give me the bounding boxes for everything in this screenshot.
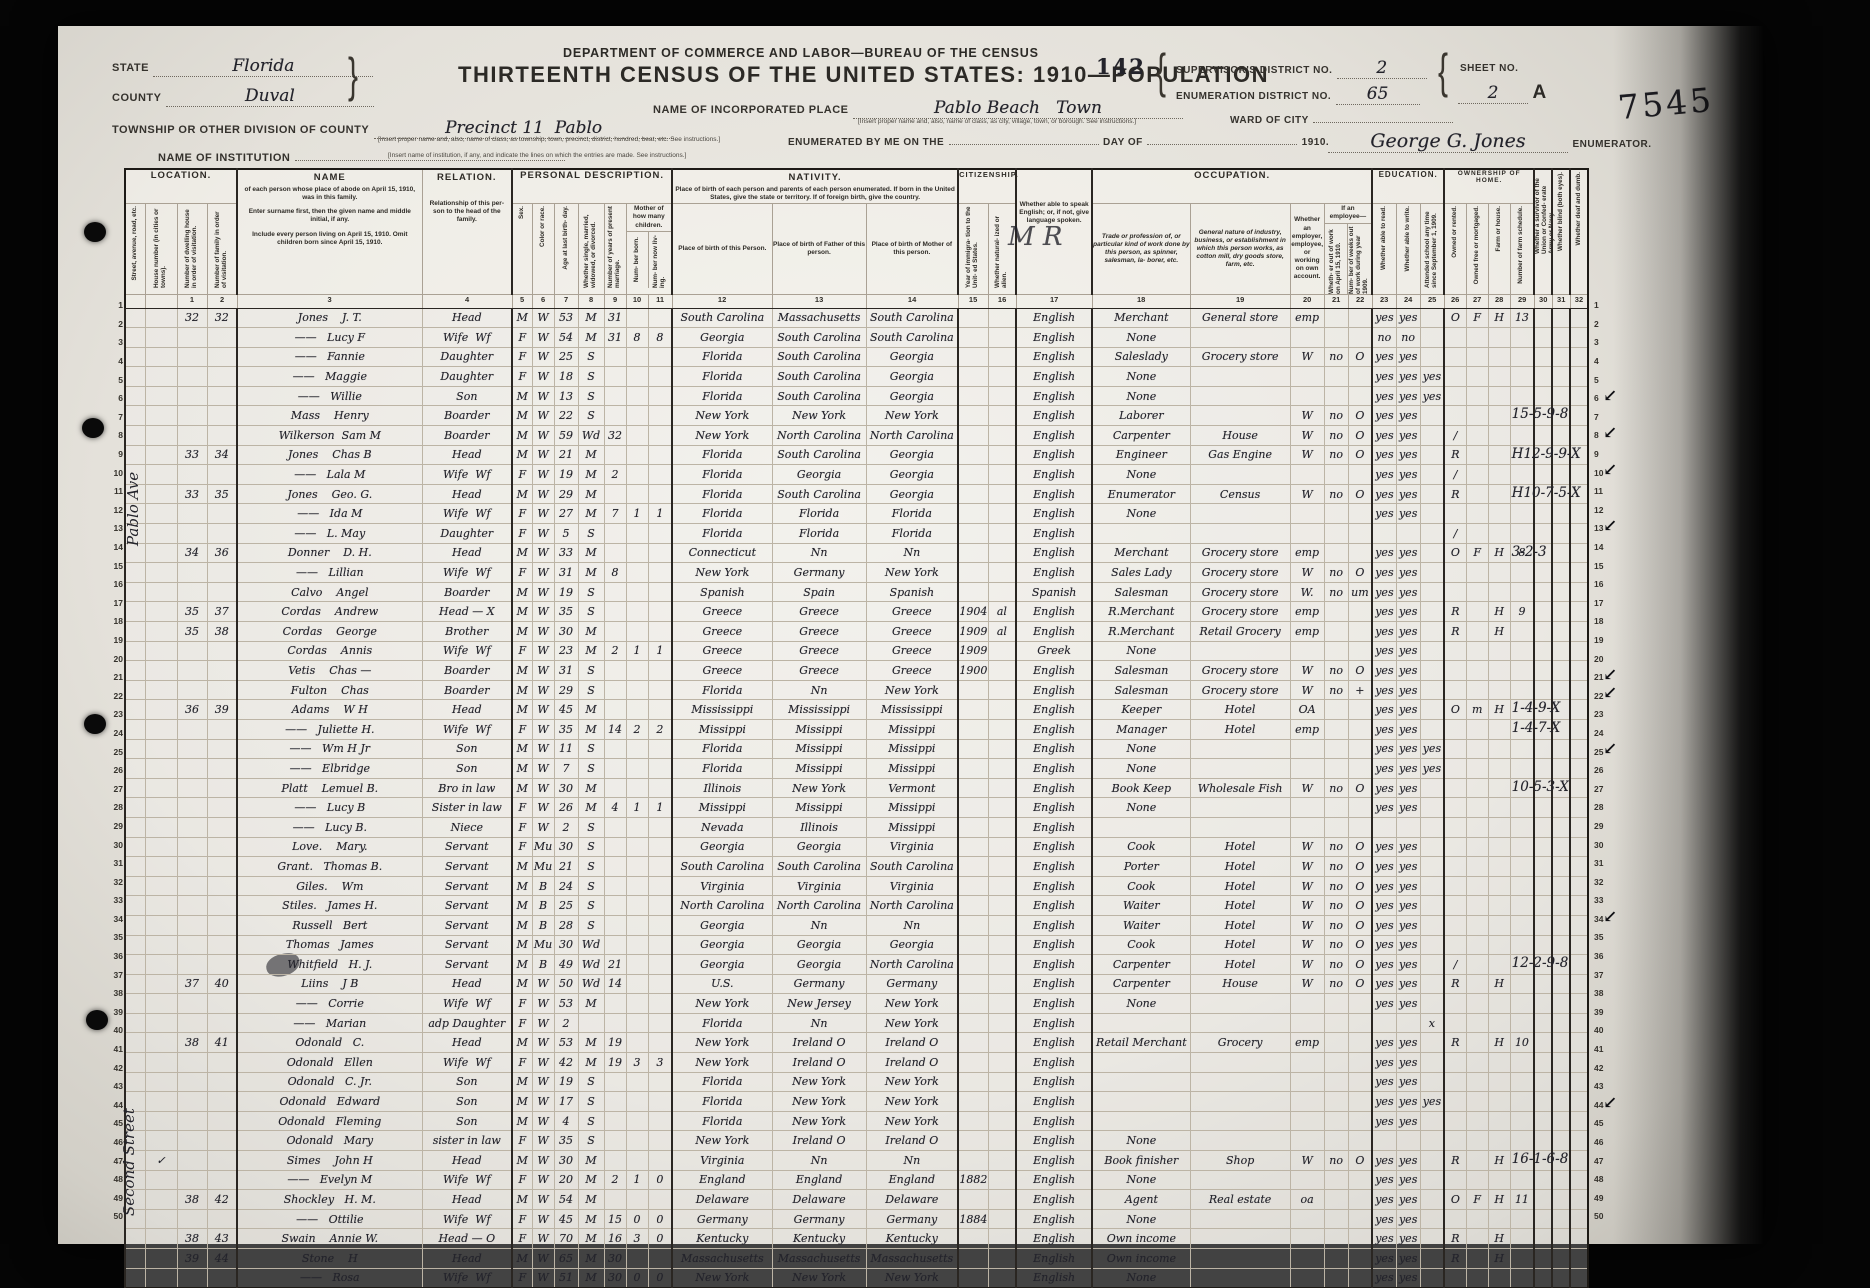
cell-naturalized xyxy=(988,1111,1016,1131)
margin-check-arrow: ↙ xyxy=(1603,386,1617,406)
cell-farm-house xyxy=(1488,484,1510,504)
cell-sex: F xyxy=(512,1209,532,1229)
cell-color: W xyxy=(532,445,554,465)
cell-veteran xyxy=(1534,504,1552,524)
column-number: 7 xyxy=(554,294,578,308)
cell-family-number xyxy=(207,1170,237,1190)
cell-dwelling-number xyxy=(177,347,207,367)
cell-reads xyxy=(1372,524,1396,544)
cell-relation: Daughter xyxy=(422,367,512,387)
table-row: —— MaggieDaughterFW18SFloridaSouth Carol… xyxy=(125,367,1588,387)
cell-free-mortgaged xyxy=(1466,1013,1488,1033)
cell-children-living xyxy=(648,1249,672,1269)
cell-employment-status xyxy=(1290,1268,1324,1288)
cell-blind xyxy=(1552,798,1570,818)
cell-out-of-work: no xyxy=(1324,563,1348,583)
cell-children-living xyxy=(648,935,672,955)
cell-family-number: 43 xyxy=(207,1229,237,1249)
cell-sex: M xyxy=(512,1190,532,1210)
cell-out-of-work: no xyxy=(1324,661,1348,681)
cell-birthplace-father: Illinois xyxy=(772,817,866,837)
cell-family-number: 39 xyxy=(207,700,237,720)
cell-immigration-year xyxy=(958,1053,988,1073)
sheet-value: 2 xyxy=(1488,83,1499,103)
cell-relation: Daughter xyxy=(422,524,512,544)
row-number-left: 21 xyxy=(107,668,123,687)
cell-immigration-year xyxy=(958,367,988,387)
cell-name: —— Ida M xyxy=(237,504,422,524)
cell-weeks-out xyxy=(1348,1229,1372,1249)
cell-farm-house xyxy=(1488,1209,1510,1229)
cell-weeks-out xyxy=(1348,739,1372,759)
cell-birthplace-father: Germany xyxy=(772,563,866,583)
cell-out-of-work: no xyxy=(1324,484,1348,504)
cell-free-mortgaged xyxy=(1466,426,1488,446)
cell-children-born: 1 xyxy=(626,504,648,524)
cell-age: 53 xyxy=(554,994,578,1014)
cell-employment-status xyxy=(1290,994,1324,1014)
cell-veteran xyxy=(1534,328,1552,348)
cell-age: 26 xyxy=(554,798,578,818)
street-name-vertical-bottom: Second Street xyxy=(120,1108,138,1216)
cell-deaf xyxy=(1570,661,1588,681)
cell-children-born xyxy=(626,347,648,367)
cell-language: English xyxy=(1016,680,1092,700)
cell-marital: S xyxy=(578,602,604,622)
cell-language: English xyxy=(1016,1209,1092,1229)
cell-street xyxy=(125,622,145,642)
cell-owned-rented xyxy=(1444,563,1466,583)
cell-school xyxy=(1420,719,1444,739)
cell-age: 33 xyxy=(554,543,578,563)
cell-children-living xyxy=(648,896,672,916)
cell-immigration-year xyxy=(958,504,988,524)
cell-birthplace: New York xyxy=(672,1131,772,1151)
township-label: Township or other division of county xyxy=(112,124,369,136)
cell-age: 31 xyxy=(554,661,578,681)
cell-language: Greek xyxy=(1016,641,1092,661)
cell-free-mortgaged xyxy=(1466,759,1488,779)
cell-writes: yes xyxy=(1396,543,1420,563)
cell-house-number xyxy=(145,386,177,406)
cell-farm-number xyxy=(1510,1053,1534,1073)
cell-school: yes xyxy=(1420,739,1444,759)
cell-sex: F xyxy=(512,1268,532,1288)
cell-industry: Wholesale Fish xyxy=(1190,778,1290,798)
cell-marital: S xyxy=(578,1111,604,1131)
cell-free-mortgaged: F xyxy=(1466,543,1488,563)
cell-reads: yes xyxy=(1372,1111,1396,1131)
cell-out-of-work: no xyxy=(1324,896,1348,916)
cell-age: 7 xyxy=(554,759,578,779)
cell-children-born xyxy=(626,582,648,602)
table-row: 3334Jones Chas BHeadMW21MFloridaSouth Ca… xyxy=(125,445,1588,465)
cell-color: W xyxy=(532,994,554,1014)
cell-weeks-out xyxy=(1348,1111,1372,1131)
cell-farm-number xyxy=(1510,915,1534,935)
cell-out-of-work xyxy=(1324,602,1348,622)
cell-employment-status xyxy=(1290,1170,1324,1190)
cell-out-of-work xyxy=(1324,465,1348,485)
table-row: 3740Liins J BHeadMW50Wd14U.S.GermanyGerm… xyxy=(125,974,1588,994)
cell-veteran xyxy=(1534,896,1552,916)
cell-farm-number: 9 xyxy=(1510,602,1534,622)
row-number-left: 11 xyxy=(107,482,123,501)
cell-owned-rented xyxy=(1444,1268,1466,1288)
cell-birthplace: Florida xyxy=(672,1092,772,1112)
table-row: Cordas AnnisWife WfFW23M211GreeceGreeceG… xyxy=(125,641,1588,661)
cell-street xyxy=(125,1033,145,1053)
cell-owned-rented xyxy=(1444,1053,1466,1073)
cell-birthplace-mother: Greece xyxy=(866,622,958,642)
cell-employment-status: emp xyxy=(1290,308,1324,328)
cell-relation: Boarder xyxy=(422,426,512,446)
cell-writes: yes xyxy=(1396,1151,1420,1171)
cell-family-number xyxy=(207,817,237,837)
cell-farm-house xyxy=(1488,1268,1510,1288)
cell-occupation: Saleslady xyxy=(1092,347,1190,367)
cell-birthplace-mother: Georgia xyxy=(866,484,958,504)
cell-owned-rented xyxy=(1444,915,1466,935)
cell-industry: Grocery xyxy=(1190,1033,1290,1053)
cell-family-number xyxy=(207,857,237,877)
cell-out-of-work xyxy=(1324,524,1348,544)
cell-owned-rented xyxy=(1444,876,1466,896)
table-row: 3537Cordas AndrewHead — XMW35SGreeceGree… xyxy=(125,602,1588,622)
row-number-right: 36 xyxy=(1591,947,1610,966)
cell-children-born xyxy=(626,445,648,465)
cell-birthplace: Greece xyxy=(672,641,772,661)
table-row: Calvo AngelBoarderMW19SSpanishSpainSpani… xyxy=(125,582,1588,602)
cell-writes: yes xyxy=(1396,700,1420,720)
table-row: Stiles. James H.ServantMB25SNorth Caroli… xyxy=(125,896,1588,916)
cell-color: Mu xyxy=(532,837,554,857)
cell-street xyxy=(125,582,145,602)
cell-free-mortgaged xyxy=(1466,622,1488,642)
cell-employment-status xyxy=(1290,1111,1324,1131)
cell-out-of-work: no xyxy=(1324,445,1348,465)
cell-dwelling-number xyxy=(177,386,207,406)
cell-birthplace-father: Massachusetts xyxy=(772,308,866,328)
row-number-left: 15 xyxy=(107,556,123,575)
cell-school xyxy=(1420,837,1444,857)
cell-color: W xyxy=(532,739,554,759)
cell-farm-number: 15-5-9-8 xyxy=(1510,406,1534,426)
farm-house-sub: Farm or house. xyxy=(1496,206,1503,252)
cell-farm-number xyxy=(1510,798,1534,818)
cell-naturalized xyxy=(988,484,1016,504)
cell-birthplace-mother: Missippi xyxy=(866,798,958,818)
cell-occupation xyxy=(1092,1111,1190,1131)
name-sub1: of each person whose place of abode on A… xyxy=(238,185,422,203)
cell-reads: yes xyxy=(1372,1072,1396,1092)
cell-farm-number xyxy=(1510,739,1534,759)
cell-reads: yes xyxy=(1372,445,1396,465)
cell-birthplace: Virginia xyxy=(672,1151,772,1171)
cell-employment-status: W xyxy=(1290,896,1324,916)
cell-farm-number xyxy=(1510,426,1534,446)
cell-reads xyxy=(1372,817,1396,837)
header-owned-rented: Owned or rented. xyxy=(1444,204,1466,294)
cell-veteran xyxy=(1534,661,1552,681)
cell-name: —— L. May xyxy=(237,524,422,544)
cell-family-number xyxy=(207,661,237,681)
cell-blind xyxy=(1552,1249,1570,1269)
cell-farm-house xyxy=(1488,465,1510,485)
cell-writes: yes xyxy=(1396,563,1420,583)
cell-birthplace: New York xyxy=(672,994,772,1014)
veteran-sub: Whether a survivor of the Union or Confe… xyxy=(1535,172,1556,254)
cell-sex: M xyxy=(512,1072,532,1092)
cell-owned-rented xyxy=(1444,1111,1466,1131)
cell-writes: yes xyxy=(1396,1111,1420,1131)
cell-relation: Head — X xyxy=(422,602,512,622)
cell-naturalized xyxy=(988,386,1016,406)
row-number-left: 19 xyxy=(107,631,123,650)
cell-relation: Wife Wf xyxy=(422,504,512,524)
cell-occupation: None xyxy=(1092,994,1190,1014)
cell-name: Jones J. T. xyxy=(237,308,422,328)
cell-school xyxy=(1420,955,1444,975)
cell-birthplace-father: New Jersey xyxy=(772,994,866,1014)
cell-immigration-year xyxy=(958,700,988,720)
header-farm-number: Number of farm schedule. xyxy=(1510,204,1534,294)
cell-naturalized xyxy=(988,1131,1016,1151)
name-title: NAME xyxy=(238,170,422,185)
cell-blind xyxy=(1552,935,1570,955)
cell-naturalized xyxy=(988,1053,1016,1073)
table-row: Odonald Marysister in lawFW35SNew YorkIr… xyxy=(125,1131,1588,1151)
cell-naturalized xyxy=(988,406,1016,426)
cell-language: English xyxy=(1016,1268,1092,1288)
cell-name: Grant. Thomas B. xyxy=(237,857,422,877)
cell-farm-house xyxy=(1488,759,1510,779)
cell-free-mortgaged: F xyxy=(1466,308,1488,328)
cell-children-born: 3 xyxy=(626,1229,648,1249)
cell-years-married xyxy=(604,994,626,1014)
cell-children-born xyxy=(626,386,648,406)
cell-sex: F xyxy=(512,719,532,739)
cell-language: English xyxy=(1016,1249,1092,1269)
cell-free-mortgaged xyxy=(1466,876,1488,896)
cell-children-living xyxy=(648,524,672,544)
cell-language: English xyxy=(1016,817,1092,837)
cell-birthplace-mother: Virginia xyxy=(866,876,958,896)
cell-sex: M xyxy=(512,406,532,426)
cell-employment-status: W xyxy=(1290,680,1324,700)
cell-blind xyxy=(1552,524,1570,544)
cell-school xyxy=(1420,817,1444,837)
home-ownership-note: 1-4-9-X xyxy=(1512,700,1561,716)
cell-language: English xyxy=(1016,1229,1092,1249)
cell-dwelling-number xyxy=(177,406,207,426)
cell-deaf xyxy=(1570,994,1588,1014)
cell-years-married xyxy=(604,700,626,720)
cell-writes: yes xyxy=(1396,582,1420,602)
cell-marital: S xyxy=(578,661,604,681)
cell-deaf xyxy=(1570,1053,1588,1073)
column-number: 22 xyxy=(1348,294,1372,308)
cell-school xyxy=(1420,1249,1444,1269)
cell-farm-house xyxy=(1488,445,1510,465)
cell-veteran xyxy=(1534,1229,1552,1249)
cell-birthplace-mother: Nn xyxy=(866,1151,958,1171)
cell-children-living: 0 xyxy=(648,1229,672,1249)
cell-free-mortgaged xyxy=(1466,445,1488,465)
cell-veteran xyxy=(1534,1131,1552,1151)
cell-marital: M xyxy=(578,484,604,504)
cell-marital: M xyxy=(578,1053,604,1073)
column-number: 26 xyxy=(1444,294,1466,308)
cell-industry xyxy=(1190,465,1290,485)
cell-age: 5 xyxy=(554,524,578,544)
cell-writes: yes xyxy=(1396,1249,1420,1269)
cell-birthplace-mother: Georgia xyxy=(866,445,958,465)
color-sub: Color or race. xyxy=(540,206,547,247)
cell-birthplace: New York xyxy=(672,426,772,446)
table-row: Thomas JamesServantMMu30WdGeorgiaGeorgia… xyxy=(125,935,1588,955)
cell-owned-rented xyxy=(1444,582,1466,602)
cell-farm-number xyxy=(1510,876,1534,896)
cell-birthplace-father: Massachusetts xyxy=(772,1249,866,1269)
cell-color: W xyxy=(532,347,554,367)
cell-family-number xyxy=(207,778,237,798)
cell-naturalized xyxy=(988,641,1016,661)
home-ownership-note: 16-1-6-8 xyxy=(1512,1151,1569,1167)
cell-birthplace-father: New York xyxy=(772,1092,866,1112)
cell-naturalized xyxy=(988,974,1016,994)
cell-birthplace-father: Georgia xyxy=(772,955,866,975)
cell-weeks-out: O xyxy=(1348,426,1372,446)
cell-family-number xyxy=(207,1053,237,1073)
header-trade: Trade or profession of, or particular ki… xyxy=(1092,204,1190,294)
cell-children-born: 0 xyxy=(626,1268,648,1288)
cell-language: English xyxy=(1016,504,1092,524)
home-ownership-note: H12-9-9-X xyxy=(1512,446,1581,462)
cell-language: English xyxy=(1016,739,1092,759)
cell-naturalized xyxy=(988,1209,1016,1229)
cell-birthplace: Georgia xyxy=(672,935,772,955)
cell-color: W xyxy=(532,524,554,544)
cell-weeks-out xyxy=(1348,1053,1372,1073)
cell-free-mortgaged xyxy=(1466,504,1488,524)
cell-birthplace: Nevada xyxy=(672,817,772,837)
cell-reads: yes xyxy=(1372,406,1396,426)
cell-language: English xyxy=(1016,798,1092,818)
cell-free-mortgaged xyxy=(1466,739,1488,759)
cell-sex: F xyxy=(512,817,532,837)
cell-writes: yes xyxy=(1396,680,1420,700)
cell-street xyxy=(125,386,145,406)
cell-naturalized xyxy=(988,661,1016,681)
cell-deaf xyxy=(1570,778,1588,798)
cell-school xyxy=(1420,426,1444,446)
cell-reads: yes xyxy=(1372,1268,1396,1288)
cell-family-number xyxy=(207,798,237,818)
cell-free-mortgaged xyxy=(1466,484,1488,504)
cell-house-number xyxy=(145,719,177,739)
cell-occupation: Engineer xyxy=(1092,445,1190,465)
cell-sex: M xyxy=(512,602,532,622)
cell-veteran xyxy=(1534,1209,1552,1229)
cell-marital: S xyxy=(578,857,604,877)
cell-years-married xyxy=(604,484,626,504)
column-number: 23 xyxy=(1372,294,1396,308)
cell-marital: M xyxy=(578,994,604,1014)
cell-birthplace-mother: England xyxy=(866,1170,958,1190)
cell-color: W xyxy=(532,406,554,426)
cell-deaf xyxy=(1570,974,1588,994)
cell-sex: M xyxy=(512,680,532,700)
cell-dwelling-number: 38 xyxy=(177,1229,207,1249)
column-number: 8 xyxy=(578,294,604,308)
cell-street xyxy=(125,837,145,857)
cell-children-living: 8 xyxy=(648,328,672,348)
cell-free-mortgaged xyxy=(1466,974,1488,994)
cell-reads: yes xyxy=(1372,994,1396,1014)
row-number-left: 24 xyxy=(107,724,123,743)
cell-free-mortgaged xyxy=(1466,1072,1488,1092)
row-number-right: 11 xyxy=(1591,482,1610,501)
cell-writes: yes xyxy=(1396,759,1420,779)
cell-age: 30 xyxy=(554,778,578,798)
cell-relation: sister in law xyxy=(422,1131,512,1151)
cell-free-mortgaged xyxy=(1466,406,1488,426)
cell-reads: yes xyxy=(1372,1053,1396,1073)
column-number: 10 xyxy=(626,294,648,308)
cell-reads: yes xyxy=(1372,700,1396,720)
cell-children-born xyxy=(626,367,648,387)
cell-family-number xyxy=(207,1151,237,1171)
cell-years-married xyxy=(604,1072,626,1092)
cell-birthplace-mother: New York xyxy=(866,994,958,1014)
cell-naturalized xyxy=(988,759,1016,779)
enumeration-value: 65 xyxy=(1367,84,1389,104)
cell-writes: yes xyxy=(1396,367,1420,387)
cell-sex: F xyxy=(512,837,532,857)
cell-street xyxy=(125,719,145,739)
cell-birthplace-mother: Massachusetts xyxy=(866,1249,958,1269)
cell-industry: House xyxy=(1190,426,1290,446)
cell-relation: Head xyxy=(422,1190,512,1210)
header-citizenship: CITIZENSHIP. xyxy=(958,169,1016,204)
cell-name: —— Willie xyxy=(237,386,422,406)
cell-occupation: None xyxy=(1092,504,1190,524)
cell-weeks-out: O xyxy=(1348,876,1372,896)
cell-family-number xyxy=(207,563,237,583)
cell-farm-number: 12-2-9-8 xyxy=(1510,955,1534,975)
cell-years-married xyxy=(604,1131,626,1151)
cell-years-married: 31 xyxy=(604,328,626,348)
marital-sub: Whether single, married, widowed, or div… xyxy=(584,206,598,288)
cell-house-number xyxy=(145,1209,177,1229)
row-number-left: 39 xyxy=(107,1003,123,1022)
header-personal: PERSONAL DESCRIPTION. xyxy=(512,169,672,204)
cell-children-living xyxy=(648,994,672,1014)
cell-reads: yes xyxy=(1372,1229,1396,1249)
cell-dwelling-number: 37 xyxy=(177,974,207,994)
cell-school xyxy=(1420,1111,1444,1131)
cell-birthplace: Virginia xyxy=(672,876,772,896)
cell-color: W xyxy=(532,1268,554,1288)
cell-veteran xyxy=(1534,1190,1552,1210)
cell-farm-house xyxy=(1488,563,1510,583)
cell-birthplace: Georgia xyxy=(672,955,772,975)
row-number-left: 12 xyxy=(107,501,123,520)
cell-immigration-year xyxy=(958,1249,988,1269)
cell-writes: yes xyxy=(1396,974,1420,994)
cell-free-mortgaged xyxy=(1466,935,1488,955)
